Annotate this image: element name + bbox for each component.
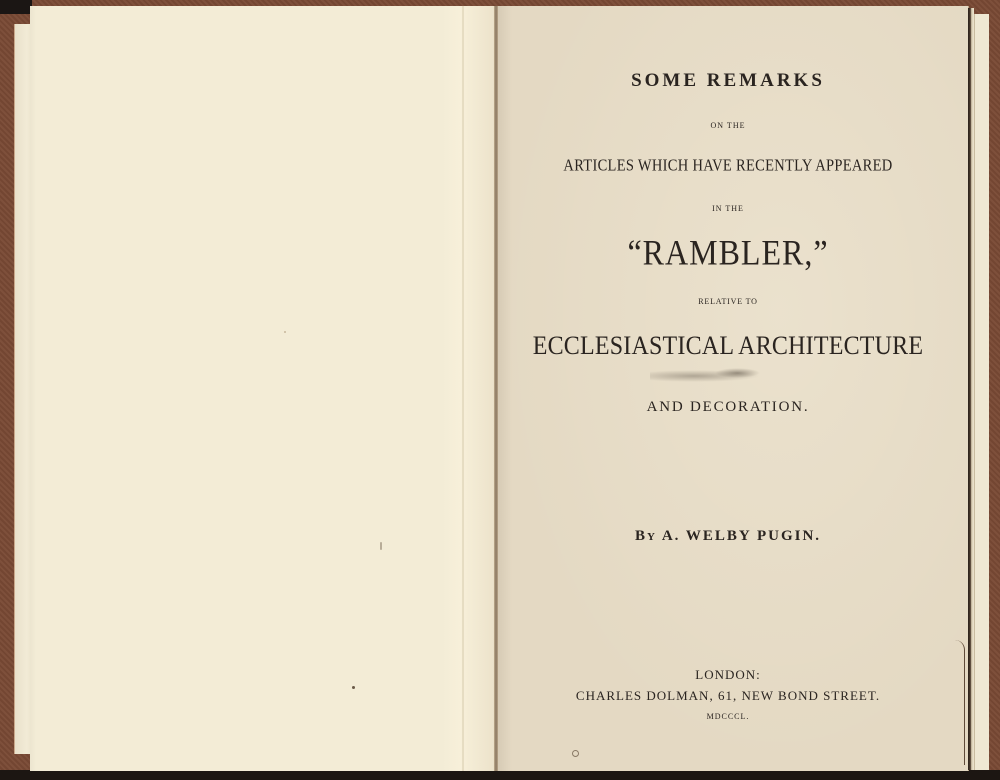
paper-speck bbox=[352, 686, 355, 689]
scan-background-top bbox=[0, 0, 32, 14]
title-rambler: “RAMBLER,” bbox=[498, 232, 958, 273]
right-endpaper bbox=[974, 14, 989, 770]
scan-background-bottom bbox=[0, 770, 1000, 780]
author-name: A. WELBY PUGIN. bbox=[657, 528, 821, 544]
author-prefix-initial: B bbox=[635, 528, 647, 544]
imprint-date: MDCCCL. bbox=[498, 712, 958, 721]
left-blank-page bbox=[30, 6, 498, 771]
title-connector-on-the: ON THE bbox=[498, 121, 958, 130]
imprint-publisher: CHARLES DOLMAN, 61, NEW BOND STREET. bbox=[498, 688, 958, 704]
author-line: BY A. WELBY PUGIN. bbox=[498, 528, 958, 545]
paper-speck bbox=[284, 331, 286, 333]
left-page-fold-line bbox=[462, 6, 464, 771]
imprint-city: LONDON: bbox=[498, 667, 958, 683]
ink-smudge bbox=[715, 368, 760, 378]
title-connector-relative-to: RELATIVE TO bbox=[498, 297, 958, 306]
title-connector-in-the: IN THE bbox=[498, 204, 958, 213]
title-main: SOME REMARKS bbox=[498, 70, 958, 92]
paper-mark bbox=[380, 542, 382, 550]
paper-speck bbox=[572, 750, 579, 757]
title-ecclesiastical-architecture: ECCLESIASTICAL ARCHITECTURE bbox=[498, 331, 958, 361]
author-prefix-rest: Y bbox=[647, 531, 657, 543]
title-articles-line: ARTICLES WHICH HAVE RECENTLY APPEARED bbox=[498, 157, 958, 177]
title-and-decoration: AND DECORATION. bbox=[498, 399, 958, 416]
